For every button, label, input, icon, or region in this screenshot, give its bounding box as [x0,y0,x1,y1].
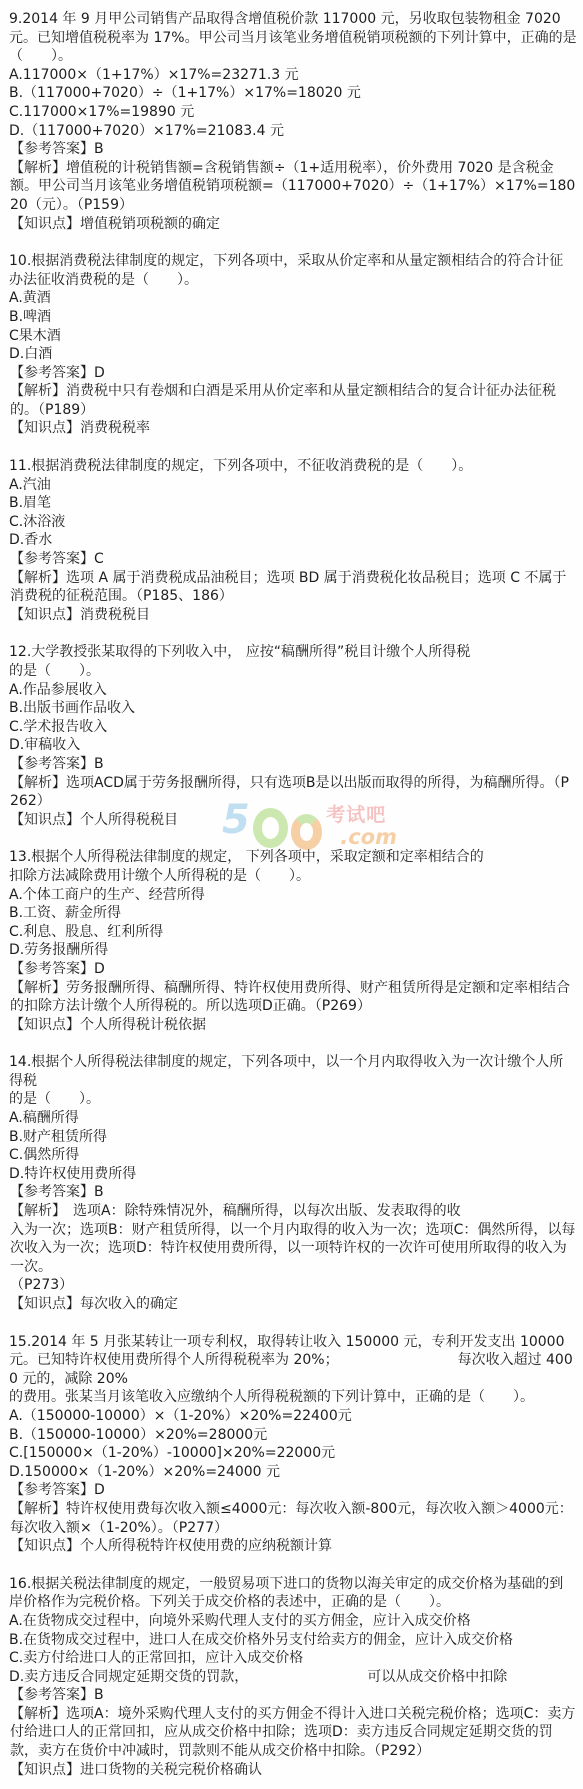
option-line: D.审稿收入 [9,736,577,755]
analysis-line: 【解析】选项A：境外采购代理人支付的买方佣金不得计入进口关税完税价格；选项C：卖… [9,1705,577,1761]
knowledge-label: 【知识点】 [10,812,80,828]
analysis-text: 选项ACD属于劳务报酬所得，只有选项B是以出版而取得的所得，为稿酬所得。（P26… [10,775,569,810]
question-block: 16.根据关税法律制度的规定，一般贸易项下进口的货物以海关审定的成交价格为基础的… [9,1575,577,1780]
option-line: B.财产租赁所得 [9,1128,577,1147]
knowledge-line: 【知识点】增值税销项税额的确定 [9,215,577,234]
answer-label: 【参考答案】 [10,1687,94,1703]
option-line: C.卖方付给进口人的正常回扣，应计入成交价格 [9,1649,577,1668]
option-line: A.117000×（1+17%）×17%=23271.3 元 [9,66,577,85]
answer-line: 【参考答案】B [9,755,577,774]
question-block: 11.根据消费税法律制度的规定，下列各项中，不征收消费税的是（ ）。 A.汽油B… [9,457,577,624]
analysis-label: 【解析】 [10,1706,66,1722]
knowledge-line: 【知识点】个人所得税税目 [9,811,577,830]
option-line: C.117000×17%=19890 元 [9,103,577,122]
option-line: B.（117000+7020）÷（1+17%）×17%=18020 元 [9,84,577,103]
question-stem: 10.根据消费税法律制度的规定，下列各项中，采取从价定率和从量定额相结合的符合计… [9,252,577,289]
answer-line: 【参考答案】B [9,140,577,159]
analysis-line: 【解析】选项 A 属于消费税成品油税目；选项 BD 属于消费税化妆品税目；选项 … [9,569,577,606]
knowledge-text: 消费税税率 [80,420,150,436]
analysis-label: 【解析】 [10,980,66,996]
answer-line: 【参考答案】D [9,1481,577,1500]
knowledge-label: 【知识点】 [10,607,80,623]
knowledge-text: 个人所得税税目 [80,812,178,828]
answer-value: B [94,1687,104,1703]
answer-label: 【参考答案】 [10,141,94,157]
analysis-text: 消费税中只有卷烟和白酒是采用从价定率和从量定额相结合的复合计征办法征税的。（P1… [10,383,556,418]
option-line: C.偶然所得 [9,1146,577,1165]
knowledge-line: 【知识点】消费税税率 [9,419,577,438]
knowledge-line: 【知识点】进口货物的关税完税价格确认 [9,1761,577,1780]
analysis-label: 【解析】 [10,383,66,399]
knowledge-line: 【知识点】每次收入的确定 [9,1295,577,1314]
option-line: A.在货物成交过程中，向境外采购代理人支付的买方佣金，应计入成交价格 [9,1612,577,1631]
answer-label: 【参考答案】 [10,1184,94,1200]
option-line: D.150000×（1-20%）×20%=24000 元 [9,1463,577,1482]
analysis-line: 【解析】 选项A：除特殊情况外，稿酬所得，以每次出版、发表取得的收 入为一次；选… [9,1202,577,1295]
option-line: B.出版书画作品收入 [9,699,577,718]
analysis-line: 【解析】增值税的计税销售额=含税销售额÷（1+适用税率），价外费用 7020 是… [9,159,577,215]
analysis-text: 选项 A 属于消费税成品油税目；选项 BD 属于消费税化妆品税目；选项 C 不属… [10,570,566,605]
options: A.在货物成交过程中，向境外采购代理人支付的买方佣金，应计入成交价格B.在货物成… [9,1612,577,1686]
question-block: 9.2014 年 9 月甲公司销售产品取得含增值税价款 117000 元，另收取… [9,10,577,233]
options: A.黄酒B.啤酒C果木酒D.白酒 [9,289,577,363]
option-line: A.黄酒 [9,289,577,308]
question-block: 12.大学教授张某取得的下列收入中， 应按“稿酬所得”税目计缴个人所得税 的是（… [9,643,577,829]
option-line: C.利息、股息、红利所得 [9,923,577,942]
analysis-text: 选项A：除特殊情况外，稿酬所得，以每次出版、发表取得的收 入为一次；选项B：财产… [10,1203,575,1293]
answer-value: B [94,1184,104,1200]
question-stem: 12.大学教授张某取得的下列收入中， 应按“稿酬所得”税目计缴个人所得税 的是（… [9,643,577,680]
option-line: C.学术报告收入 [9,718,577,737]
analysis-text: 增值税的计税销售额=含税销售额÷（1+适用税率），价外费用 7020 是含税金额… [10,160,575,213]
option-line: D.卖方违反合同规定延期交货的罚款， 可以从成交价格中扣除 [9,1668,577,1687]
knowledge-line: 【知识点】消费税税目 [9,606,577,625]
knowledge-label: 【知识点】 [10,1296,80,1312]
question-block: 13.根据个人所得税法律制度的规定， 下列各项中，采取定额和定率相结合的 扣除方… [9,848,577,1034]
knowledge-text: 每次收入的确定 [80,1296,178,1312]
option-line: A.汽油 [9,476,577,495]
answer-line: 【参考答案】B [9,1183,577,1202]
answer-label: 【参考答案】 [10,756,94,772]
options: A.个体工商户的生产、经营所得B.工资、薪金所得C.利息、股息、红利所得D.劳务… [9,886,577,960]
analysis-text: 劳务报酬所得、稿酬所得、特许权使用费所得、财产租赁所得是定额和定率相结合的扣除方… [10,980,570,1015]
analysis-text: 选项A：境外采购代理人支付的买方佣金不得计入进口关税完税价格；选项C：卖方付给进… [10,1706,575,1759]
analysis-text: 特许权使用费每次收入额≤4000元：每次收入额-800元，每次收入额＞4000元… [10,1501,573,1536]
option-line: C.[150000×（1-20%）-10000]×20%=22000元 [9,1444,577,1463]
question-block: 14.根据个人所得税法律制度的规定，下列各项中，以一个月内取得收入为一次计缴个人… [9,1053,577,1313]
question-stem: 16.根据关税法律制度的规定，一般贸易项下进口的货物以海关审定的成交价格为基础的… [9,1575,577,1612]
knowledge-text: 个人所得税特许权使用费的应纳税额计算 [80,1538,332,1554]
answer-line: 【参考答案】C [9,550,577,569]
question-block: 15.2014 年 5 月张某转让一项专利权，取得转让收入 150000 元，专… [9,1333,577,1556]
option-line: D.香水 [9,531,577,550]
option-line: A.（150000-10000）×（1-20%）×20%=22400元 [9,1407,577,1426]
option-line: D.（117000+7020）×17%=21083.4 元 [9,122,577,141]
question-stem: 11.根据消费税法律制度的规定，下列各项中，不征收消费税的是（ ）。 [9,457,577,476]
knowledge-text: 个人所得税计税依据 [80,1017,206,1033]
question-stem: 9.2014 年 9 月甲公司销售产品取得含增值税价款 117000 元，另收取… [9,10,577,66]
option-line: B.眉笔 [9,494,577,513]
analysis-line: 【解析】劳务报酬所得、稿酬所得、特许权使用费所得、财产租赁所得是定额和定率相结合… [9,979,577,1016]
knowledge-label: 【知识点】 [10,420,80,436]
answer-value: B [94,141,104,157]
answer-label: 【参考答案】 [10,961,94,977]
knowledge-label: 【知识点】 [10,1538,80,1554]
option-line: B.啤酒 [9,308,577,327]
analysis-label: 【解析】 [10,570,66,586]
option-line: C.沐浴液 [9,513,577,532]
answer-label: 【参考答案】 [10,551,94,567]
option-line: C果木酒 [9,327,577,346]
options: A.117000×（1+17%）×17%=23271.3 元B.（117000+… [9,66,577,140]
option-line: A.作品参展收入 [9,681,577,700]
question-stem: 15.2014 年 5 月张某转让一项专利权，取得转让收入 150000 元，专… [9,1333,577,1407]
answer-value: C [94,551,104,567]
question-stem: 13.根据个人所得税法律制度的规定， 下列各项中，采取定额和定率相结合的 扣除方… [9,848,577,885]
exam-document: 9.2014 年 9 月甲公司销售产品取得含增值税价款 117000 元，另收取… [0,0,583,1789]
analysis-line: 【解析】选项ACD属于劳务报酬所得，只有选项B是以出版而取得的所得，为稿酬所得。… [9,774,577,811]
answer-value: D [94,961,105,977]
answer-value: D [94,365,105,381]
knowledge-label: 【知识点】 [10,216,80,232]
answer-label: 【参考答案】 [10,1482,94,1498]
option-line: B.工资、薪金所得 [9,904,577,923]
analysis-label: 【解析】 [10,1501,66,1517]
answer-label: 【参考答案】 [10,365,94,381]
options: A.稿酬所得B.财产租赁所得C.偶然所得D.特许权使用费所得 [9,1109,577,1183]
option-line: B.在货物成交过程中，进口人在成交价格外另支付给卖方的佣金，应计入成交价格 [9,1631,577,1650]
analysis-line: 【解析】消费税中只有卷烟和白酒是采用从价定率和从量定额相结合的复合计征办法征税的… [9,382,577,419]
questions-list: 9.2014 年 9 月甲公司销售产品取得含增值税价款 117000 元，另收取… [9,10,577,1779]
analysis-label: 【解析】 [10,1203,59,1219]
knowledge-line: 【知识点】个人所得税计税依据 [9,1016,577,1035]
knowledge-text: 消费税税目 [80,607,150,623]
options: A.作品参展收入B.出版书画作品收入C.学术报告收入D.审稿收入 [9,681,577,755]
analysis-label: 【解析】 [10,160,66,176]
answer-line: 【参考答案】D [9,960,577,979]
analysis-line: 【解析】特许权使用费每次收入额≤4000元：每次收入额-800元，每次收入额＞4… [9,1500,577,1537]
answer-line: 【参考答案】D [9,364,577,383]
knowledge-text: 增值税销项税额的确定 [80,216,220,232]
knowledge-text: 进口货物的关税完税价格确认 [80,1762,262,1778]
answer-value: B [94,756,104,772]
question-stem: 14.根据个人所得税法律制度的规定，下列各项中，以一个月内取得收入为一次计缴个人… [9,1053,577,1109]
option-line: D.白酒 [9,345,577,364]
answer-value: D [94,1482,105,1498]
question-block: 10.根据消费税法律制度的规定，下列各项中，采取从价定率和从量定额相结合的符合计… [9,252,577,438]
analysis-label: 【解析】 [10,775,66,791]
answer-line: 【参考答案】B [9,1686,577,1705]
option-line: D.特许权使用费所得 [9,1165,577,1184]
option-line: A.稿酬所得 [9,1109,577,1128]
option-line: A.个体工商户的生产、经营所得 [9,886,577,905]
knowledge-line: 【知识点】个人所得税特许权使用费的应纳税额计算 [9,1537,577,1556]
options: A.（150000-10000）×（1-20%）×20%=22400元B.（15… [9,1407,577,1481]
knowledge-label: 【知识点】 [10,1762,80,1778]
options: A.汽油B.眉笔C.沐浴液D.香水 [9,476,577,550]
option-line: B.（150000-10000）×20%=28000元 [9,1426,577,1445]
knowledge-label: 【知识点】 [10,1017,80,1033]
option-line: D.劳务报酬所得 [9,941,577,960]
